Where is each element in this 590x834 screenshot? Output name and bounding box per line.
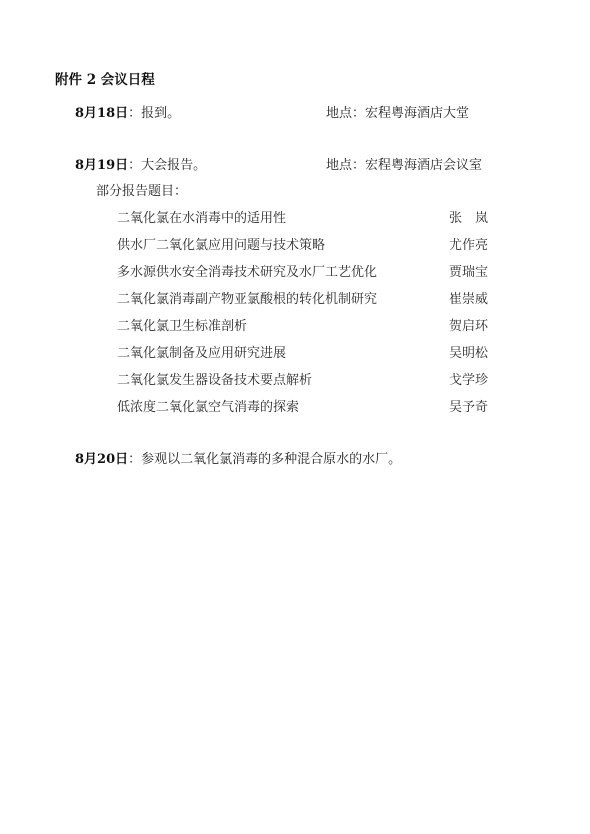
talk-title: 二氧化氯制备及应用研究进展 [117,346,286,362]
schedule-day-3: 8月20日：参观以二氧化氯消毒的多种混合原水的水厂。 [75,452,401,468]
day-description: 大会报告。 [141,158,206,173]
talk-speaker: 戈学珍 [449,373,488,389]
schedule-day-1: 8月18日：报到。 [75,106,180,122]
day-separator: ： [128,158,141,173]
day-separator: ： [128,452,141,467]
day-description: 参观以二氧化氯消毒的多种混合原水的水厂。 [141,452,401,467]
talk-speaker: 贾瑞宝 [449,265,488,281]
talk-speaker: 张岚 [449,211,501,227]
day-description: 报到。 [141,106,180,121]
page-title: 附件 2 会议日程 [55,72,155,88]
day-1-location: 地点：宏程粤海酒店大堂 [326,106,469,122]
schedule-day-2: 8月19日：大会报告。 [75,158,206,174]
day-date: 8月20日 [75,452,128,467]
day-2-location: 地点：宏程粤海酒店会议室 [326,158,482,174]
talk-title: 二氧化氯卫生标准剖析 [117,319,247,335]
talk-title: 低浓度二氧化氯空气消毒的探索 [117,400,299,416]
talks-subheading: 部分报告题目： [96,184,187,200]
talk-title: 二氧化氯消毒副产物亚氯酸根的转化机制研究 [117,292,377,308]
talk-title: 供水厂二氧化氯应用问题与技术策略 [117,238,325,254]
talk-speaker: 贺启环 [449,319,488,335]
day-date: 8月19日 [75,158,128,173]
talk-speaker: 吴明松 [449,346,488,362]
talk-title: 多水源供水安全消毒技术研究及水厂工艺优化 [117,265,377,281]
day-date: 8月18日 [75,106,128,121]
day-separator: ： [128,106,141,121]
talk-title: 二氧化氯在水消毒中的适用性 [117,211,286,227]
talk-speaker: 崔崇威 [449,292,488,308]
talk-speaker: 吴予奇 [449,400,488,416]
talk-title: 二氧化氯发生器设备技术要点解析 [117,373,312,389]
talk-speaker: 尤作亮 [449,238,488,254]
